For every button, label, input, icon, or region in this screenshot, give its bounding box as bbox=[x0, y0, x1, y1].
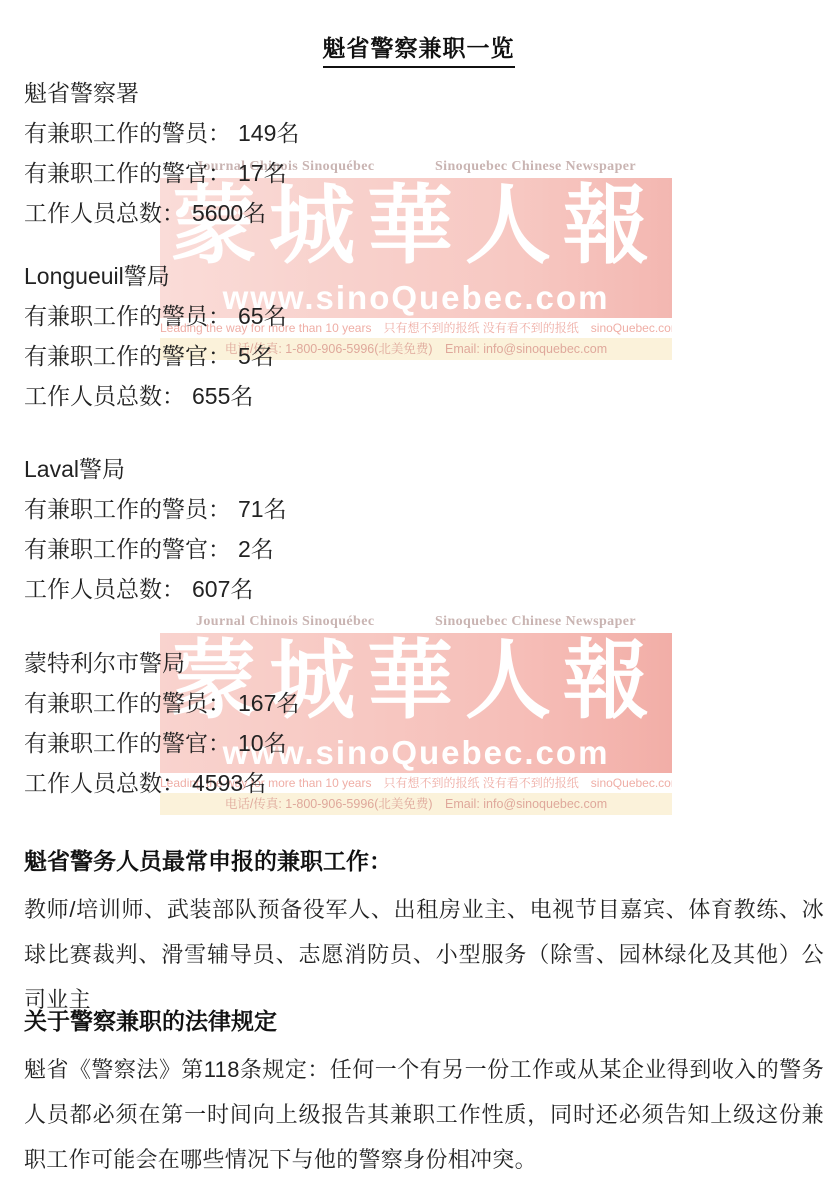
section-surete-du-quebec: 魁省警察署 有兼职工作的警员：149名 有兼职工作的警官：17名 工作人员总数：… bbox=[24, 82, 299, 242]
law-section: 关于警察兼职的法律规定 魁省《警察法》第118条规定：任何一个有另一份工作或从某… bbox=[24, 1010, 824, 1182]
stat-label: 工作人员总数： bbox=[24, 770, 185, 796]
section-montreal-police: 蒙特利尔市警局 有兼职工作的警员：167名 有兼职工作的警官：10名 工作人员总… bbox=[24, 652, 299, 812]
common-jobs-body: 教师/培训师、武装部队预备役军人、出租房业主、电视节目嘉宾、体育教练、冰球比赛裁… bbox=[24, 887, 824, 1022]
stat-label: 工作人员总数： bbox=[24, 200, 185, 226]
stat-value: 167名 bbox=[238, 690, 299, 716]
section-heading: Longueuil警局 bbox=[24, 265, 287, 288]
section-laval-police: Laval警局 有兼职工作的警员：71名 有兼职工作的警官：2名 工作人员总数：… bbox=[24, 458, 287, 618]
stat-value: 5600名 bbox=[192, 200, 266, 226]
stat-label: 有兼职工作的警官： bbox=[24, 160, 231, 186]
stat-label: 有兼职工作的警员： bbox=[24, 496, 231, 522]
section-heading: 魁省警察署 bbox=[24, 82, 299, 105]
stat-value: 4593名 bbox=[192, 770, 266, 796]
watermark-header-right: Sinoquebec Chinese Newspaper bbox=[435, 614, 636, 630]
common-jobs-section: 魁省警务人员最常申报的兼职工作： 教师/培训师、武装部队预备役军人、出租房业主、… bbox=[24, 850, 824, 1022]
stat-line: 有兼职工作的警员：71名 bbox=[24, 498, 287, 521]
stat-value: 65名 bbox=[238, 303, 287, 329]
stat-line: 有兼职工作的警官：17名 bbox=[24, 162, 299, 185]
stat-line: 工作人员总数：5600名 bbox=[24, 202, 299, 225]
stat-line: 有兼职工作的警官：5名 bbox=[24, 345, 287, 368]
stat-line: 有兼职工作的警官：10名 bbox=[24, 732, 299, 755]
stat-label: 有兼职工作的警员： bbox=[24, 120, 231, 146]
section-longueuil-police: Longueuil警局 有兼职工作的警员：65名 有兼职工作的警官：5名 工作人… bbox=[24, 265, 287, 425]
stat-line: 有兼职工作的警官：2名 bbox=[24, 538, 287, 561]
stat-line: 有兼职工作的警员：167名 bbox=[24, 692, 299, 715]
law-heading: 关于警察兼职的法律规定 bbox=[24, 1010, 824, 1033]
section-heading: Laval警局 bbox=[24, 458, 287, 481]
page-title: 魁省警察兼职一览 bbox=[323, 30, 515, 68]
stat-value: 655名 bbox=[192, 383, 253, 409]
article-page: Journal Chinois Sinoquébec Sinoquebec Ch… bbox=[0, 0, 837, 1200]
watermark-header-right: Sinoquebec Chinese Newspaper bbox=[435, 159, 636, 175]
stat-label: 有兼职工作的警官： bbox=[24, 343, 231, 369]
stat-label: 有兼职工作的警官： bbox=[24, 536, 231, 562]
stat-label: 有兼职工作的警官： bbox=[24, 730, 231, 756]
stat-label: 工作人员总数： bbox=[24, 383, 185, 409]
law-body: 魁省《警察法》第118条规定：任何一个有另一份工作或从某企业得到收入的警务人员都… bbox=[24, 1047, 824, 1182]
stat-label: 工作人员总数： bbox=[24, 576, 185, 602]
stat-label: 有兼职工作的警员： bbox=[24, 303, 231, 329]
stat-value: 17名 bbox=[238, 160, 287, 186]
title-row: 魁省警察兼职一览 bbox=[0, 30, 837, 68]
stat-value: 607名 bbox=[192, 576, 253, 602]
section-heading: 蒙特利尔市警局 bbox=[24, 652, 299, 675]
stat-value: 149名 bbox=[238, 120, 299, 146]
stat-value: 71名 bbox=[238, 496, 287, 522]
stat-line: 工作人员总数：4593名 bbox=[24, 772, 299, 795]
stat-value: 10名 bbox=[238, 730, 287, 756]
stat-line: 有兼职工作的警员：149名 bbox=[24, 122, 299, 145]
stat-line: 有兼职工作的警员：65名 bbox=[24, 305, 287, 328]
stat-value: 5名 bbox=[238, 343, 274, 369]
common-jobs-heading: 魁省警务人员最常申报的兼职工作： bbox=[24, 850, 824, 873]
stat-value: 2名 bbox=[238, 536, 274, 562]
stat-label: 有兼职工作的警员： bbox=[24, 690, 231, 716]
stat-line: 工作人员总数：607名 bbox=[24, 578, 287, 601]
stat-line: 工作人员总数：655名 bbox=[24, 385, 287, 408]
